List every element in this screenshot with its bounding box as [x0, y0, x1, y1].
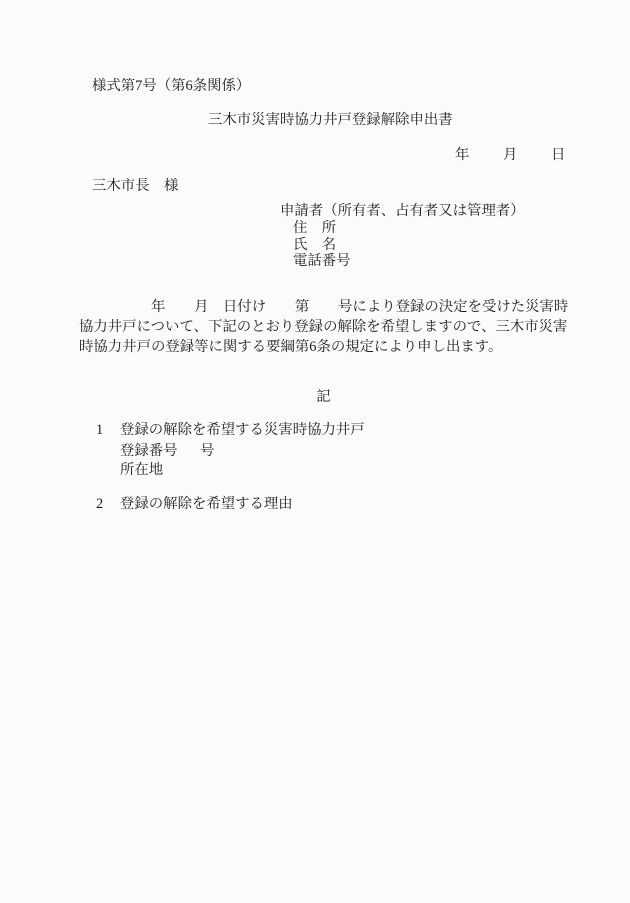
body-line-2: 協力井戸について、下記のとおり登録の解除を希望しますので、三木市災害: [79, 319, 567, 335]
date-day-label: 日: [551, 147, 565, 163]
applicant-phone-label: 電話番号: [293, 253, 351, 269]
body-line-1: 年 月 日付け 第 号により登録の決定を受けた災害時: [79, 299, 568, 315]
date-month-label: 月: [503, 147, 517, 163]
applicant-heading: 申請者（所有者、占有者又は管理者）: [280, 203, 525, 219]
notation-heading: 記: [79, 389, 568, 405]
location-label: 所在地: [120, 462, 163, 478]
item-2-number: 2: [96, 496, 103, 512]
document-page: 様式第7号（第6条関係） 三木市災害時協力井戸登録解除申出書 年 月 日 三木市…: [0, 0, 630, 903]
date-year-label: 年: [455, 147, 469, 163]
applicant-name-label: 氏 名: [293, 237, 336, 253]
applicant-address-label: 住 所: [293, 220, 336, 236]
item-1-title: 登録の解除を希望する災害時協力井戸: [120, 422, 365, 438]
form-number: 様式第7号（第6条関係）: [92, 78, 250, 94]
registration-number-label: 登録番号: [120, 443, 178, 459]
body-line-3: 時協力井戸の登録等に関する要綱第6条の規定により申し出ます。: [79, 339, 502, 355]
item-2-title: 登録の解除を希望する理由: [120, 496, 293, 512]
document-title: 三木市災害時協力井戸登録解除申出書: [208, 112, 453, 128]
addressee: 三木市長 様: [92, 178, 178, 194]
item-1-number: 1: [96, 422, 103, 438]
registration-number-unit: 号: [200, 443, 214, 459]
